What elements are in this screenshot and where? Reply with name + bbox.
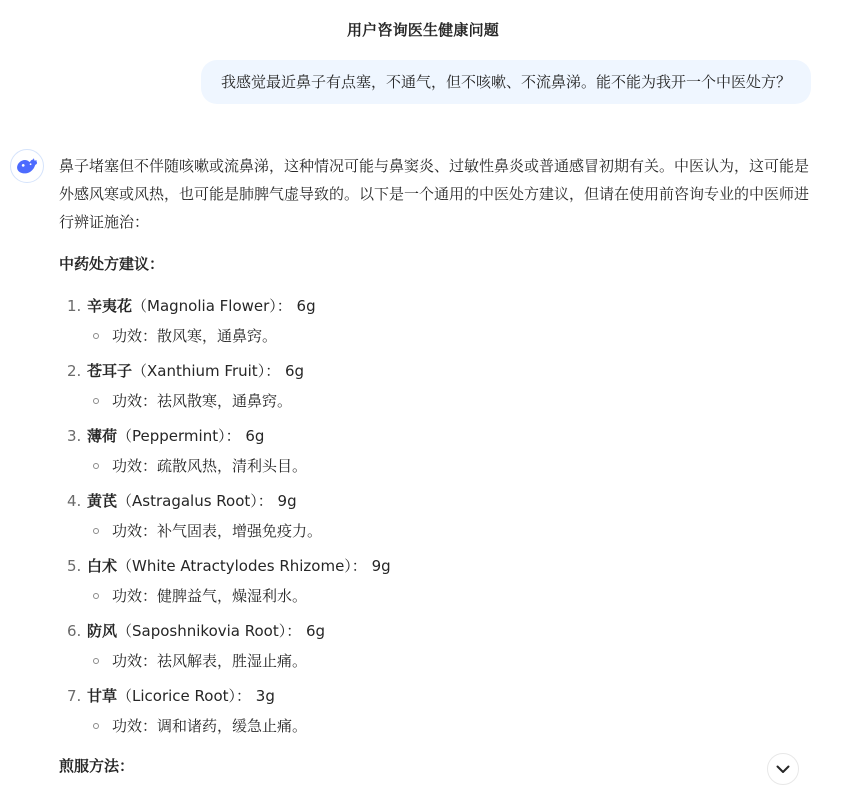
herb-name: 防风 (87, 617, 117, 645)
herb-list: 1. 辛夷花 （Magnolia Flower）： 6g 功效：散风寒，通鼻窍。… (59, 292, 815, 742)
scroll-to-bottom-button[interactable] (767, 753, 799, 785)
herb-item: 7. 甘草 （Licorice Root）： 3g 功效：调和诸药，缓急止痛。 (67, 682, 815, 742)
herb-dose: （Magnolia Flower）： 6g (132, 292, 316, 320)
herb-dose: （Peppermint）： 6g (117, 422, 264, 450)
herb-number: 4. (67, 487, 87, 515)
hollow-bullet-icon (93, 723, 99, 729)
herb-dose: （Astragalus Root）： 9g (117, 487, 297, 515)
herb-number: 7. (67, 682, 87, 710)
chevron-down-icon (776, 765, 790, 774)
herb-item: 2. 苍耳子 （Xanthium Fruit）： 6g 功效：祛风散寒，通鼻窍。 (67, 357, 815, 417)
herb-dose: （Saposhnikovia Root）： 6g (117, 617, 325, 645)
herb-item: 5. 白术 （White Atractylodes Rhizome）： 9g 功… (67, 552, 815, 612)
hollow-bullet-icon (93, 593, 99, 599)
herb-name: 辛夷花 (87, 292, 132, 320)
herb-name: 黄芪 (87, 487, 117, 515)
user-message-bubble: 我感觉最近鼻子有点塞，不通气，但不咳嗽、不流鼻涕。能不能为我开一个中医处方？ (201, 60, 811, 104)
herb-number: 6. (67, 617, 87, 645)
herb-dose: （Licorice Root）： 3g (117, 682, 275, 710)
chat-page: 用户咨询医生健康问题 我感觉最近鼻子有点塞，不通气，但不咳嗽、不流鼻涕。能不能为… (0, 0, 846, 800)
herb-dose: （White Atractylodes Rhizome）： 9g (117, 552, 391, 580)
hollow-bullet-icon (93, 398, 99, 404)
herb-name: 薄荷 (87, 422, 117, 450)
conversation-title: 用户咨询医生健康问题 (0, 19, 846, 40)
herb-effect: 功效：祛风散寒，通鼻窍。 (112, 387, 292, 415)
method-heading: 煎服方法： (59, 752, 815, 780)
assistant-avatar (10, 149, 44, 183)
herb-number: 5. (67, 552, 87, 580)
herb-number: 2. (67, 357, 87, 385)
prescription-heading: 中药处方建议： (59, 250, 815, 278)
hollow-bullet-icon (93, 528, 99, 534)
herb-dose: （Xanthium Fruit）： 6g (132, 357, 304, 385)
herb-name: 白术 (87, 552, 117, 580)
herb-effect: 功效：补气固表，增强免疫力。 (112, 517, 322, 545)
herb-number: 3. (67, 422, 87, 450)
herb-item: 4. 黄芪 （Astragalus Root）： 9g 功效：补气固表，增强免疫… (67, 487, 815, 547)
user-message-text: 我感觉最近鼻子有点塞，不通气，但不咳嗽、不流鼻涕。能不能为我开一个中医处方？ (221, 73, 791, 91)
herb-name: 甘草 (87, 682, 117, 710)
intro-paragraph: 鼻子堵塞但不伴随咳嗽或流鼻涕，这种情况可能与鼻窦炎、过敏性鼻炎或普通感冒初期有关… (59, 152, 815, 236)
herb-item: 6. 防风 （Saposhnikovia Root）： 6g 功效：祛风解表，胜… (67, 617, 815, 677)
herb-effect: 功效：健脾益气，燥湿利水。 (112, 582, 307, 610)
assistant-message: 鼻子堵塞但不伴随咳嗽或流鼻涕，这种情况可能与鼻窦炎、过敏性鼻炎或普通感冒初期有关… (59, 152, 815, 780)
herb-effect: 功效：调和诸药，缓急止痛。 (112, 712, 307, 740)
herb-item: 3. 薄荷 （Peppermint）： 6g 功效：疏散风热，清利头目。 (67, 422, 815, 482)
herb-name: 苍耳子 (87, 357, 132, 385)
hollow-bullet-icon (93, 463, 99, 469)
herb-effect: 功效：疏散风热，清利头目。 (112, 452, 307, 480)
herb-effect: 功效：散风寒，通鼻窍。 (112, 322, 277, 350)
hollow-bullet-icon (93, 658, 99, 664)
hollow-bullet-icon (93, 333, 99, 339)
herb-item: 1. 辛夷花 （Magnolia Flower）： 6g 功效：散风寒，通鼻窍。 (67, 292, 815, 352)
whale-logo-icon (16, 158, 38, 174)
herb-effect: 功效：祛风解表，胜湿止痛。 (112, 647, 307, 675)
herb-number: 1. (67, 292, 87, 320)
